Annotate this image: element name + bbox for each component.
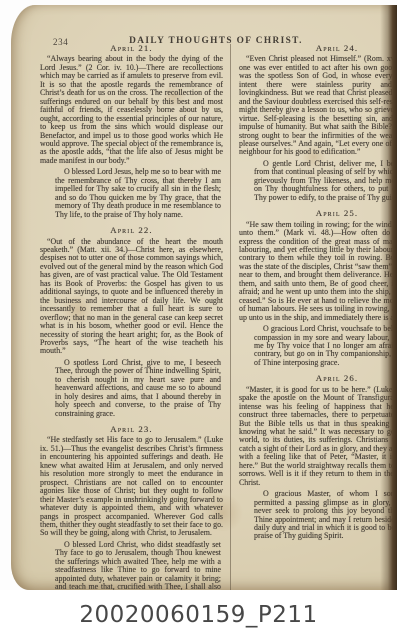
archive-reference-number: 20020060159_P211 [79,602,317,628]
meditation-paragraph: “Even Christ pleased not Himself.” (Rom.… [239,55,397,156]
devotional-entry-april-25: April 25. “He saw them toiling in rowing… [239,209,397,367]
prayer-paragraph: O gracious Lord Christ, vouchsafe to beh… [254,325,397,367]
book-page: 234 DAILY THOUGHTS OF CHRIST. April 21. … [11,5,397,590]
prayer-paragraph: O gentle Lord Christ, deliver me, I bese… [254,160,397,202]
prayer-paragraph: O spotless Lord Christ, give to me, I be… [55,359,221,418]
meditation-paragraph: “Always bearing about in the body the dy… [40,55,223,165]
meditation-paragraph: “He stedfastly set His face to go to Jer… [40,436,223,537]
date-heading: April 25. [239,209,397,217]
devotional-entry-april-22: April 22. “Out of the abundance of the h… [40,226,223,418]
date-heading: April 24. [239,44,397,52]
date-heading: April 26. [239,374,397,382]
text-columns: April 21. “Always bearing about in the b… [40,44,397,590]
date-heading: April 22. [40,226,223,234]
devotional-entry-april-24: April 24. “Even Christ pleased not Himse… [239,44,397,202]
text-column-right: April 24. “Even Christ pleased not Himse… [230,44,397,590]
prayer-paragraph: O blessed Lord Jesus, help me so to bear… [55,168,221,219]
date-heading: April 23. [40,425,223,433]
meditation-paragraph: “Out of the abundance of the heart the m… [40,238,223,356]
devotional-entry-april-21: April 21. “Always bearing about in the b… [40,44,223,219]
prayer-paragraph: O gracious Master, of whom I sometimes a… [254,490,397,541]
devotional-entry-april-26: April 26. “Master, it is good for us to … [239,374,397,541]
scanned-page-photo: 234 DAILY THOUGHTS OF CHRIST. April 21. … [0,0,397,640]
devotional-entry-april-23: April 23. “He stedfastly set His face to… [40,425,223,590]
meditation-paragraph: “He saw them toiling in rowing; for the … [239,221,397,322]
page-edge-shadow [380,5,397,590]
prayer-paragraph: O blessed Lord Christ, who didst steadfa… [55,541,221,590]
meditation-paragraph: “Master, it is good for us to be here.” … [239,386,397,487]
date-heading: April 21. [40,44,223,52]
archive-label-strip: 20020060159_P211 [0,590,397,640]
text-column-left: April 21. “Always bearing about in the b… [40,44,223,590]
